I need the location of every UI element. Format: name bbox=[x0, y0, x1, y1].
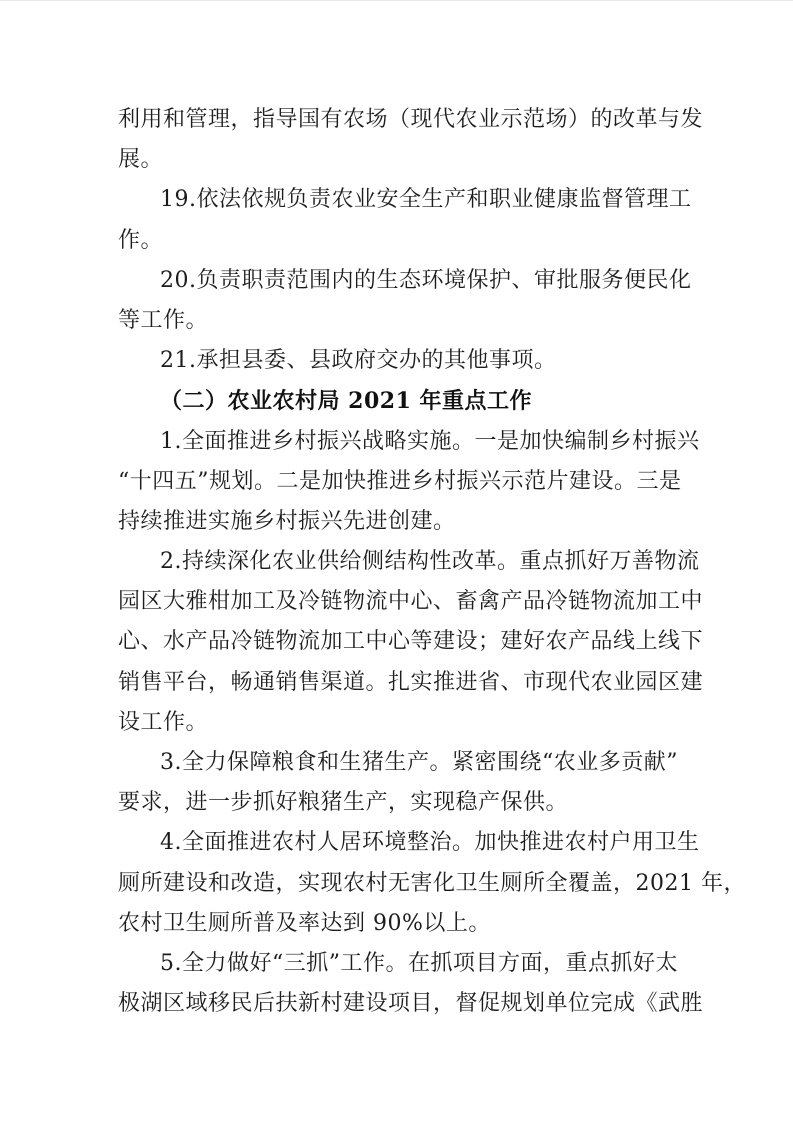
text-line: 心、水产品冷链物流加工中心等建设；建好农产品线上线下 bbox=[118, 622, 676, 662]
text-line: 持续推进实施乡村振兴先进创建。 bbox=[118, 502, 676, 542]
text-line: 4.全面推进农村人居环境整治。加快推进农村户用卫生 bbox=[118, 823, 676, 863]
document-page: 利用和管理，指导国有农场（现代农业示范场）的改革与发展。19.依法依规负责农业安… bbox=[0, 0, 793, 1122]
text-line: 销售平台，畅通销售渠道。扎实推进省、市现代农业园区建 bbox=[118, 663, 676, 703]
text-line: 厕所建设和改造，实现农村无害化卫生厕所全覆盖，2021 年， bbox=[118, 864, 676, 904]
text-line: 2.持续深化农业供给侧结构性改革。重点抓好万善物流 bbox=[118, 542, 676, 582]
text-line: 20.负责职责范围内的生态环境保护、审批服务便民化 bbox=[118, 261, 676, 301]
text-line: 利用和管理，指导国有农场（现代农业示范场）的改革与发 bbox=[118, 100, 676, 140]
text-line: 3.全力保障粮食和生猪生产。紧密围绕“农业多贡献” bbox=[118, 743, 676, 783]
text-line: 作。 bbox=[118, 221, 676, 261]
text-line: 极湖区域移民后扶新村建设项目，督促规划单位完成《武胜 bbox=[118, 984, 676, 1024]
text-line: 园区大雅柑加工及冷链物流中心、畜禽产品冷链物流加工中 bbox=[118, 582, 676, 622]
text-line: 农村卫生厕所普及率达到 90%以上。 bbox=[118, 904, 676, 944]
text-line: 等工作。 bbox=[118, 301, 676, 341]
text-line: 展。 bbox=[118, 140, 676, 180]
text-line: 5.全力做好“三抓”工作。在抓项目方面，重点抓好太 bbox=[118, 944, 676, 984]
text-line: “十四五”规划。二是加快推进乡村振兴示范片建设。三是 bbox=[118, 462, 676, 502]
text-line: 设工作。 bbox=[118, 703, 676, 743]
text-line: 21.承担县委、县政府交办的其他事项。 bbox=[118, 341, 676, 381]
document-content: 利用和管理，指导国有农场（现代农业示范场）的改革与发展。19.依法依规负责农业安… bbox=[118, 100, 676, 1024]
text-line: 1.全面推进乡村振兴战略实施。一是加快编制乡村振兴 bbox=[118, 422, 676, 462]
text-line: 19.依法依规负责农业安全生产和职业健康监督管理工 bbox=[118, 180, 676, 220]
section-heading: （二）农业农村局 2021 年重点工作 bbox=[118, 381, 676, 421]
text-line: 要求，进一步抓好粮猪生产，实现稳产保供。 bbox=[118, 783, 676, 823]
page-top-edge bbox=[0, 0, 793, 1]
